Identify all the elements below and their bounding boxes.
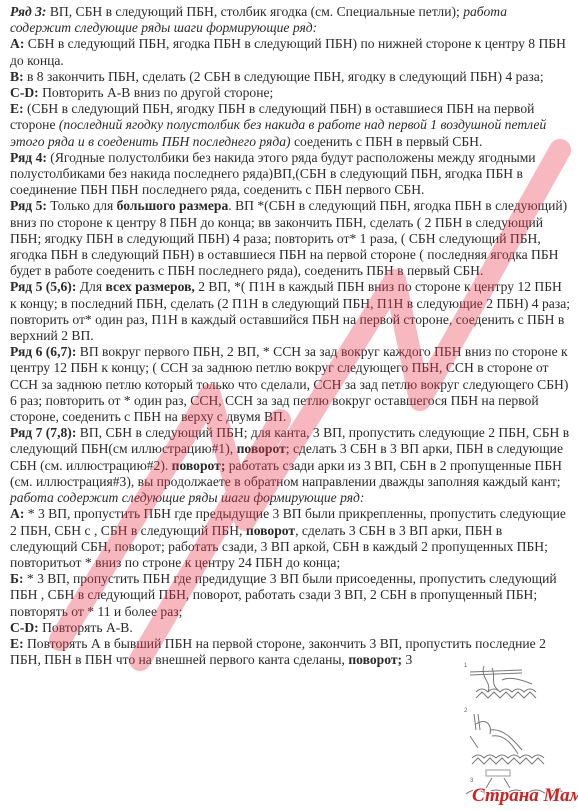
paragraph-row3-a: А: СБН в следующий ПБН, ягодка ПБН в сле… — [10, 36, 570, 68]
paragraph-row3: Ряд 3: ВП, СБН в следующий ПБН, столбик … — [10, 4, 570, 36]
row-label: поворот — [237, 441, 286, 456]
instruction-text: Повторять А-В. — [39, 620, 133, 635]
row-label: Ряд 7 (7,8): — [10, 425, 76, 440]
row-label: В: — [10, 69, 24, 84]
instruction-text: работа содержит следующие ряды шаги форм… — [10, 490, 364, 505]
illustration-label-1: 1 — [464, 663, 468, 669]
row-label: Е: — [10, 636, 24, 651]
instruction-text: ВП вокруг первого ПБН, 2 ВП, * ССН за за… — [10, 344, 568, 424]
illustration-label-2: 2 — [464, 708, 468, 714]
row-label: С-D: — [10, 85, 39, 100]
paragraph-row5-all: Ряд 5 (5,6): Для всех размеров, 2 ВП, *(… — [10, 279, 570, 344]
instruction-text: соеденить с ПБН в первый СБН. — [291, 134, 483, 149]
row-label: Ряд 5 (5,6): — [10, 279, 76, 294]
row-label: Ряд 6 (6,7): — [10, 344, 76, 359]
row-label: А: — [10, 506, 24, 521]
paragraph-row6: Ряд 6 (6,7): ВП вокруг первого ПБН, 2 ВП… — [10, 344, 570, 425]
instruction-text: * 3 ВП, пропустить ПБН где предидущие 3 … — [10, 571, 557, 618]
instruction-text: Повторить А-В вниз по другой стороне; — [39, 85, 274, 100]
paragraph-row3-cd: С-D: Повторить А-В вниз по другой сторон… — [10, 85, 570, 101]
row-label: большого размера — [117, 198, 229, 213]
illustration-label-3: 3 — [470, 778, 474, 784]
instruction-text: Только для — [47, 198, 117, 213]
instruction-text: Для — [76, 279, 105, 294]
row-label: поворот; — [172, 458, 226, 473]
pattern-document: Ряд 3: ВП, СБН в следующий ПБН, столбик … — [10, 4, 570, 668]
row-label: Ряд 5: — [10, 198, 47, 213]
row-label: А: — [10, 36, 24, 51]
row-label: Ряд 4: — [10, 150, 47, 165]
paragraph-row7-a: А: * 3 ВП, пропустить ПБН где предыдущие… — [10, 506, 570, 571]
row-label: поворот — [246, 523, 295, 538]
strana-mam-logo: Страна Мам — [472, 785, 578, 809]
paragraph-row7-cd: С-D: Повторять А-В. — [10, 620, 570, 636]
instruction-text: СБН в следующий ПБН, ягодка ПБН в следую… — [10, 36, 566, 67]
instruction-text: в 8 закончить ПБН, сделать (2 СБН в след… — [24, 69, 544, 84]
paragraph-row7-b: Б: * 3 ВП, пропустить ПБН где предидущие… — [10, 571, 570, 620]
row-label: Е: — [10, 101, 24, 116]
instruction-text: 3 — [402, 652, 412, 667]
paragraph-row5-large: Ряд 5: Только для большого размера. ВП *… — [10, 198, 570, 279]
paragraph-row7: Ряд 7 (7,8): ВП, СБН в следующий ПБН; дл… — [10, 425, 570, 506]
row-label: поворот; — [348, 652, 402, 667]
instruction-text: ВП, СБН в следующий ПБН, столбик ягодка … — [46, 4, 463, 19]
row-label: Ряд 3: — [10, 4, 46, 19]
row-label: Б: — [10, 571, 24, 586]
paragraph-row3-e: Е: (СБН в следующий ПБН, ягодку ПБН в сл… — [10, 101, 570, 150]
row-label: всех размеров, — [105, 279, 194, 294]
paragraph-row3-b: В: в 8 закончить ПБН, сделать (2 СБН в с… — [10, 69, 570, 85]
paragraph-row4: Ряд 4: (Ягодные полустолбики без накида … — [10, 150, 570, 199]
row-label: С-D: — [10, 620, 39, 635]
instruction-text: (Ягодные полустолбики без накида этого р… — [10, 150, 536, 197]
